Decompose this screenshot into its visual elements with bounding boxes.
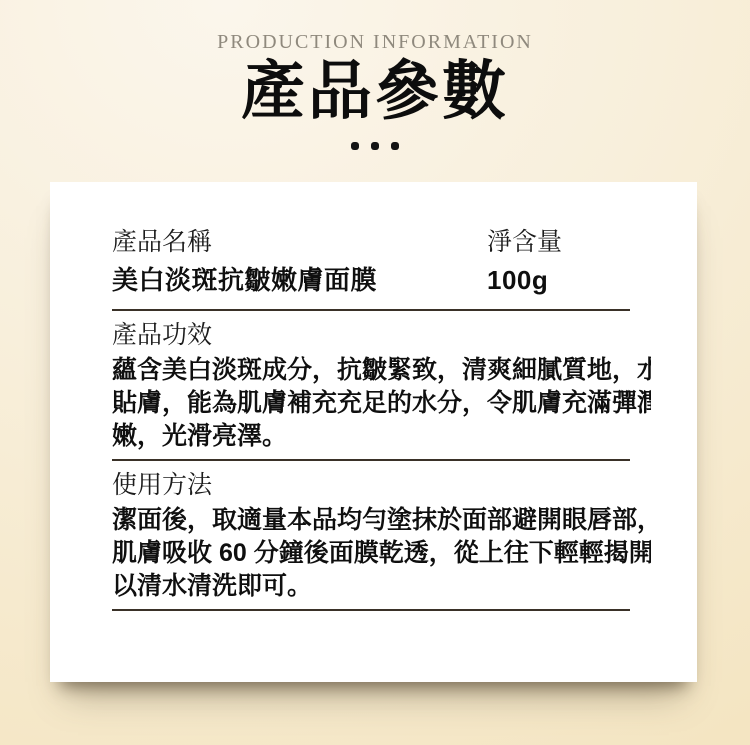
net-content-column: 淨含量 100g xyxy=(487,226,651,297)
product-info-card: 產品名稱 美白淡斑抗皺嫩膚面膜 淨含量 100g 產品功效 蘊含美白淡斑成分，抗… xyxy=(50,182,697,682)
eyebrow-text: PRODUCTION INFORMATION xyxy=(0,0,750,54)
title-dots xyxy=(0,142,750,150)
usage-section-title: 使用方法 xyxy=(112,469,651,501)
product-name-row: 產品名稱 美白淡斑抗皺嫩膚面膜 淨含量 100g xyxy=(112,226,651,297)
paragraph-line: 潔面後，取適量本品均勻塗抹於面部避開眼唇部，待 xyxy=(112,504,651,537)
paragraph-line: 蘊含美白淡斑成分，抗皺緊致，清爽細膩質地，水感 xyxy=(112,354,651,387)
dot-icon xyxy=(371,142,379,150)
paragraph-line: 以清水清洗即可。 xyxy=(112,570,651,603)
dot-icon xyxy=(391,142,399,150)
net-content-label: 淨含量 xyxy=(487,226,651,258)
product-name-value: 美白淡斑抗皺嫩膚面膜 xyxy=(112,263,487,297)
net-content-value: 100g xyxy=(487,263,651,297)
dot-icon xyxy=(351,142,359,150)
product-name-column: 產品名稱 美白淡斑抗皺嫩膚面膜 xyxy=(112,226,487,297)
paragraph-line: 嫩，光滑亮澤。 xyxy=(112,420,651,453)
efficacy-paragraph: 蘊含美白淡斑成分，抗皺緊致，清爽細膩質地，水感 貼膚，能為肌膚補充充足的水分，令… xyxy=(112,354,651,453)
efficacy-section: 產品功效 蘊含美白淡斑成分，抗皺緊致，清爽細膩質地，水感 貼膚，能為肌膚補充充足… xyxy=(112,319,651,453)
usage-section: 使用方法 潔面後，取適量本品均勻塗抹於面部避開眼唇部，待 肌膚吸收 60 分鐘後… xyxy=(112,469,651,603)
product-name-label: 產品名稱 xyxy=(112,226,487,258)
paragraph-line: 貼膚，能為肌膚補充充足的水分，令肌膚充滿彈潤柔 xyxy=(112,387,651,420)
efficacy-section-title: 產品功效 xyxy=(112,319,651,351)
divider xyxy=(112,309,630,311)
divider xyxy=(112,609,630,611)
divider xyxy=(112,459,630,461)
paragraph-line: 肌膚吸收 60 分鐘後面膜乾透，從上往下輕輕揭開並 xyxy=(112,537,651,570)
page-header: PRODUCTION INFORMATION 產品參數 xyxy=(0,0,750,150)
usage-paragraph: 潔面後，取適量本品均勻塗抹於面部避開眼唇部，待 肌膚吸收 60 分鐘後面膜乾透，… xyxy=(112,504,651,603)
page-title: 產品參數 xyxy=(0,56,750,126)
